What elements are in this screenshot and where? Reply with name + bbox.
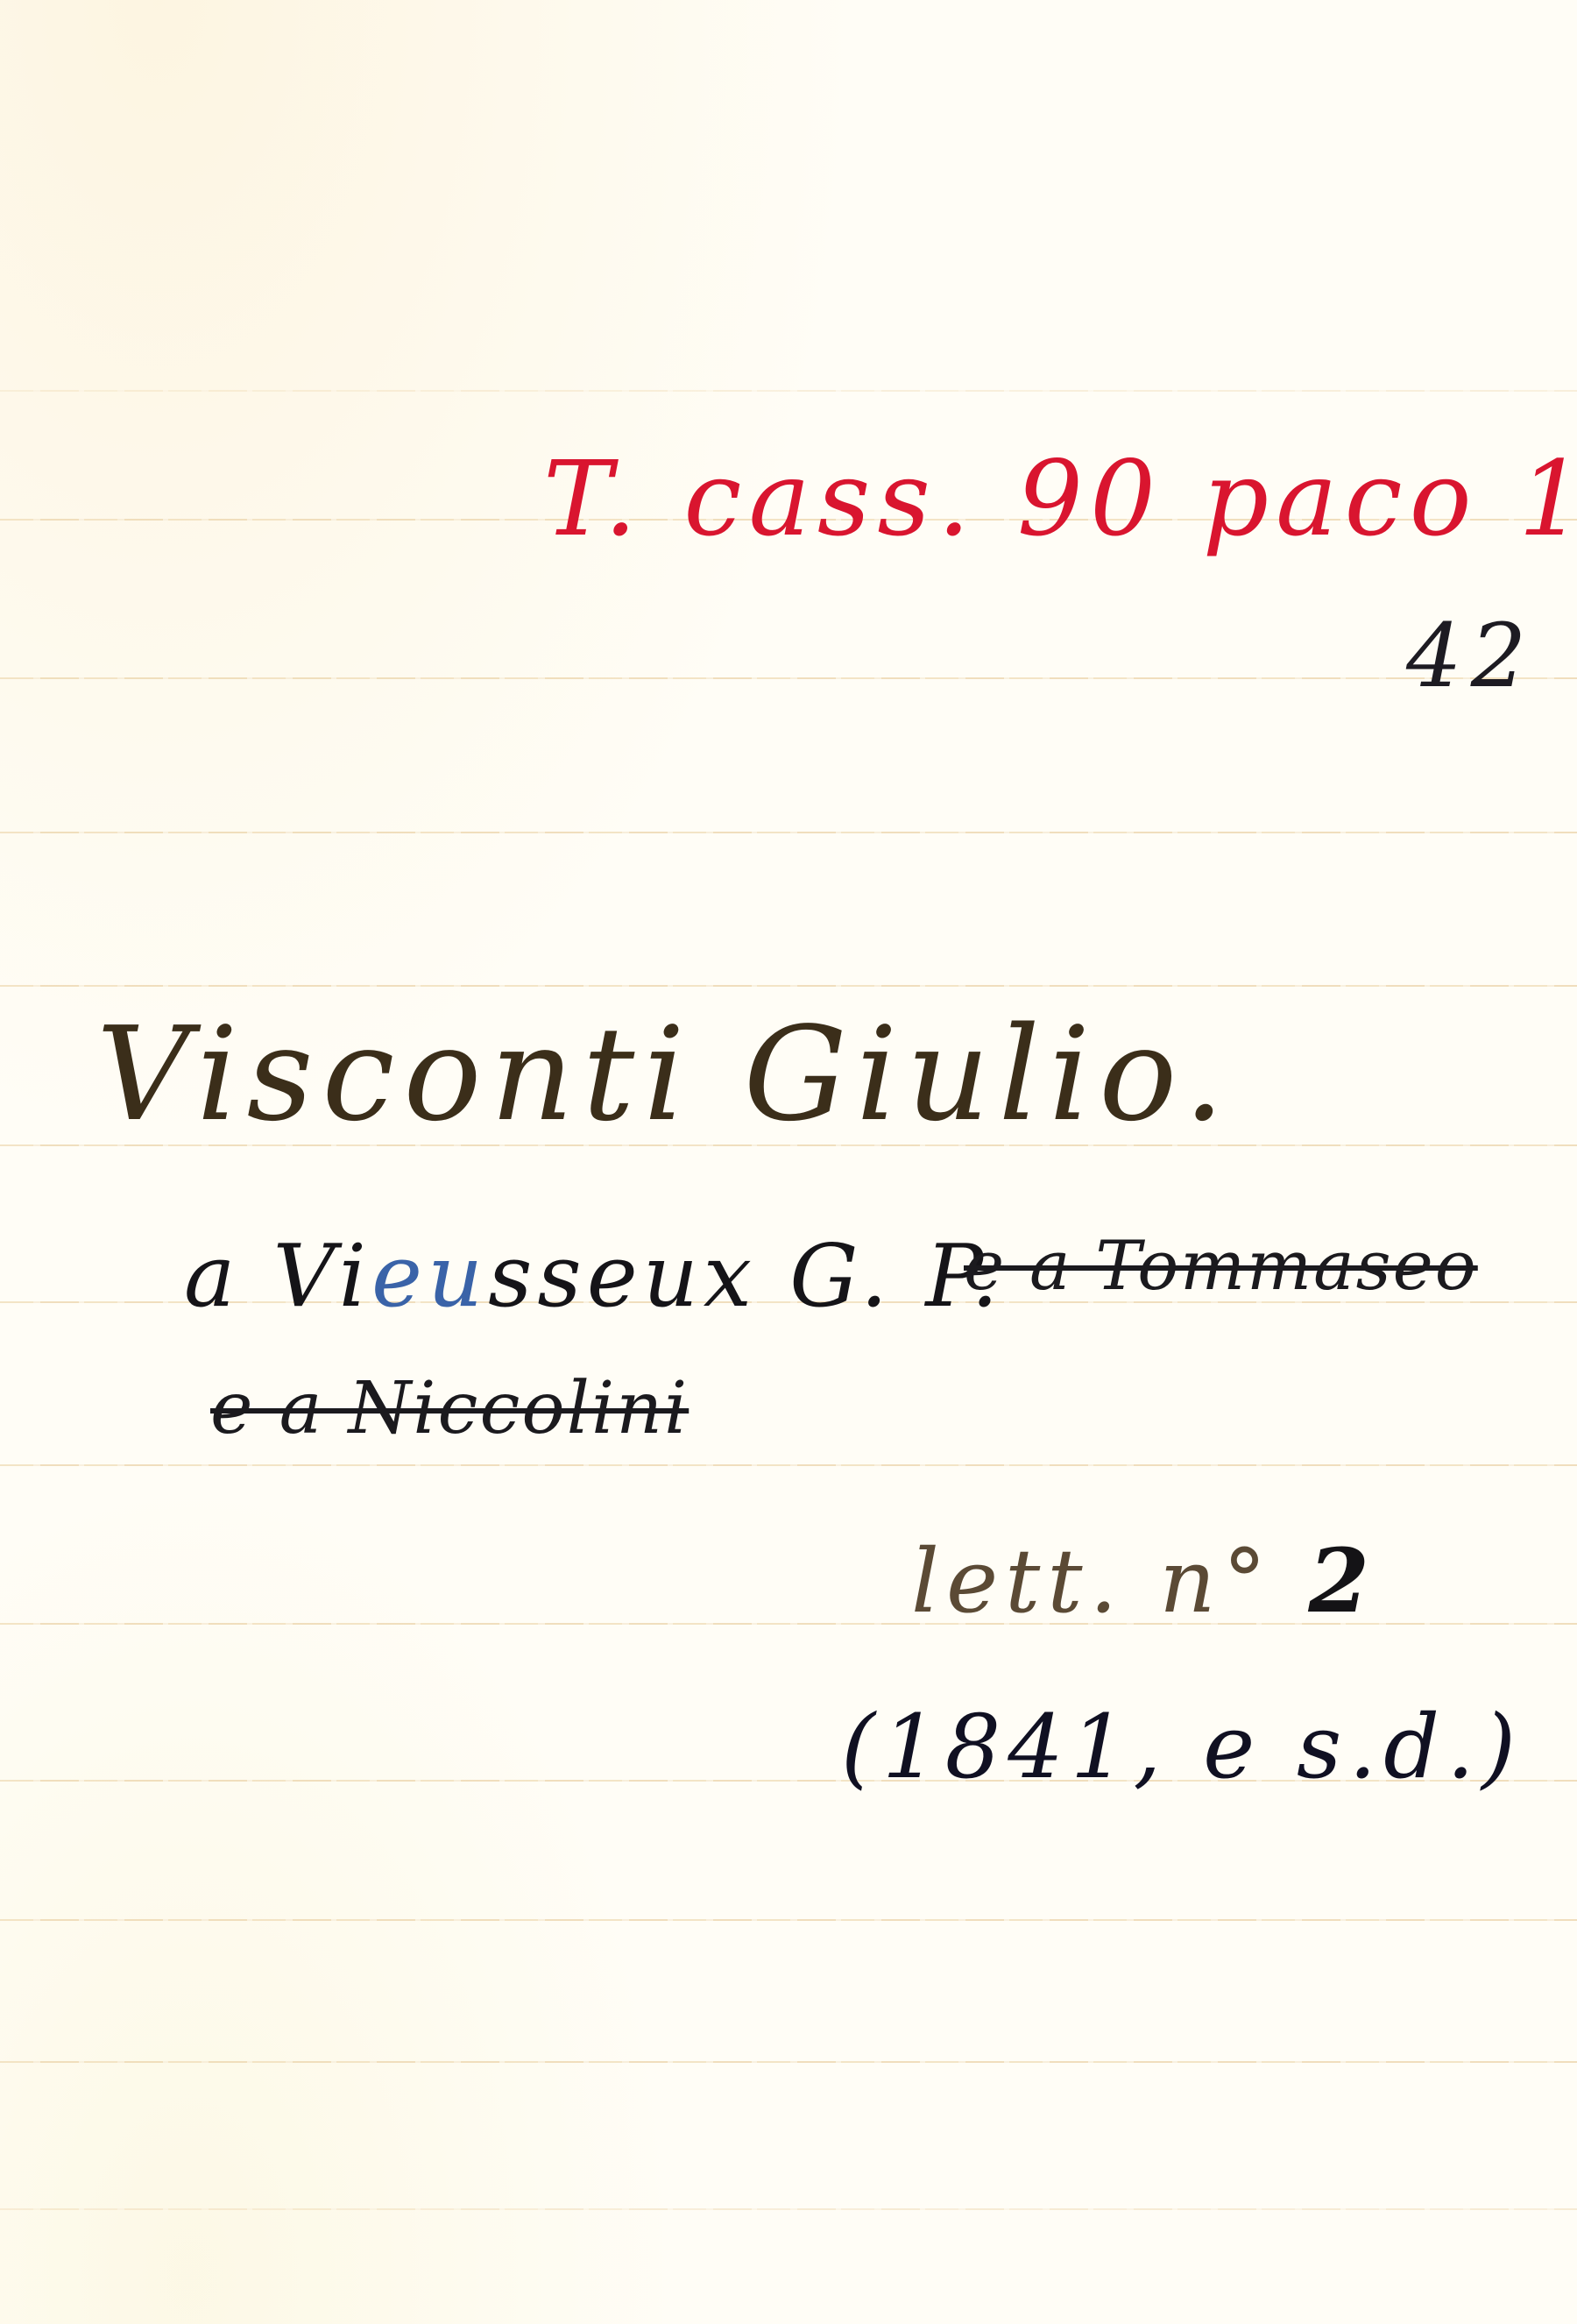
struck-recipient-1: e a Tommaseo (964, 1227, 1478, 1306)
index-card: T. cass. 90 paco 144. 42 Visconti Giulio… (0, 0, 1577, 2324)
recipient-name-correction: eu (371, 1227, 488, 1327)
ruled-line (0, 2061, 1577, 2063)
ruled-line (0, 1919, 1577, 1921)
date-range: (1841, e s.d.) (841, 1696, 1523, 1798)
ruled-line (0, 985, 1577, 987)
correspondent-name: Visconti Giulio. (96, 999, 1234, 1150)
recipient-name-start: Vi (273, 1227, 371, 1327)
ruled-line (0, 832, 1577, 833)
letter-count-value: 2 (1308, 1529, 1376, 1633)
letter-count: lett. n° 2 (911, 1529, 1376, 1633)
folio-number: 42 (1406, 605, 1535, 707)
letter-count-label: lett. n° (911, 1530, 1308, 1633)
ruled-line (0, 1464, 1577, 1466)
recipient-name-end: sseux G. P. (488, 1227, 1003, 1327)
struck-recipient-2: e a Niccolini (210, 1367, 689, 1450)
ruled-line (0, 2208, 1577, 2210)
ruled-line (0, 677, 1577, 679)
shelfmark-annotation: T. cass. 90 paco 144. (543, 438, 1577, 559)
recipient-line: a Vieusseux G. P. (184, 1227, 1004, 1327)
recipient-prefix: a (184, 1227, 273, 1327)
ruled-line (0, 390, 1577, 392)
